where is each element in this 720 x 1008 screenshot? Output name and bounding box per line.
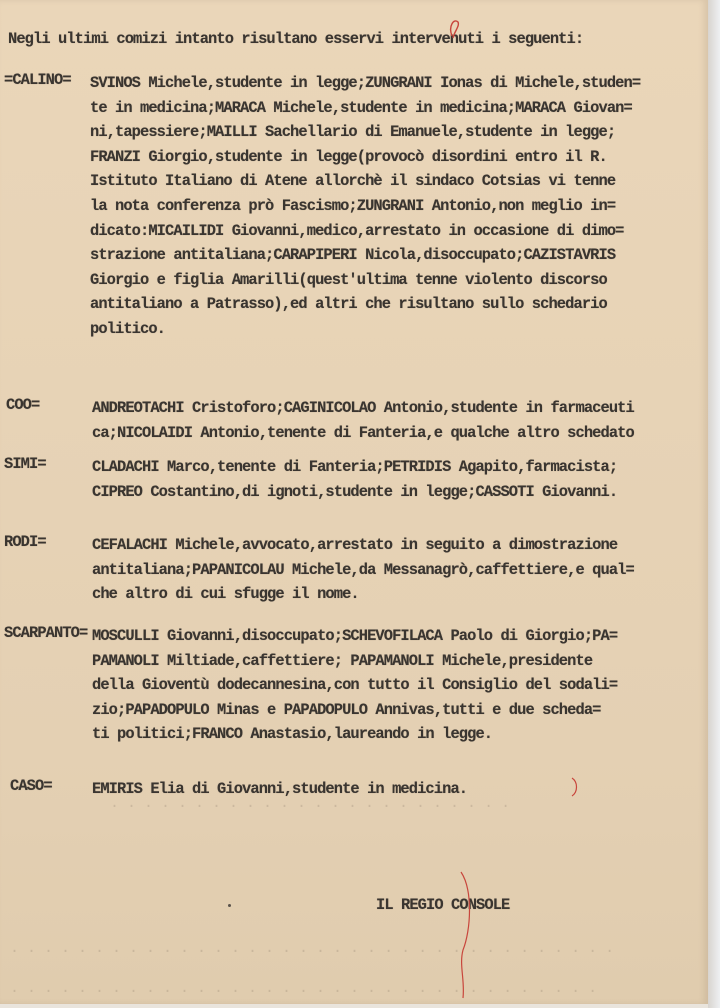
place-label: RODI=	[4, 533, 46, 551]
place-label: CASO=	[10, 777, 52, 795]
entry-coo: COO= ANDREOTACHI Cristoforo;CAGINICOLAO …	[4, 396, 704, 445]
entry-calino: =CALINO= SVINOS Michele,studente in legg…	[4, 71, 704, 342]
entry-text: SVINOS Michele,studente in legge;ZUNGRAN…	[90, 71, 704, 342]
entry-text: MOSCULLI Giovanni,disoccupato;SCHEVOFILA…	[92, 624, 704, 747]
intro-line: Negli ultimi comizi intanto risultano es…	[8, 30, 583, 48]
ink-dot	[228, 904, 231, 907]
bleed-through-text: . . . . . . . . . . . . . . . . . . . . …	[10, 940, 614, 957]
signature: IL REGIO CONSOLE	[376, 896, 509, 914]
bleed-through-text: . . . . . . . . . . . . . . . . . . . . …	[110, 795, 510, 812]
place-label: COO=	[6, 396, 39, 414]
entry-text: CLADACHI Marco,tenente di Fanteria;PETRI…	[92, 455, 704, 504]
place-label: SIMI=	[4, 455, 46, 473]
place-label: =CALINO=	[4, 71, 71, 89]
entry-text: CEFALACHI Michele,avvocato,arrestato in …	[92, 533, 704, 607]
entry-simi: SIMI= CLADACHI Marco,tenente di Fanteria…	[4, 455, 704, 504]
scan-edge	[708, 0, 720, 1008]
entry-text: ANDREOTACHI Cristoforo;CAGINICOLAO Anton…	[92, 396, 704, 445]
place-label: SCARPANTO=	[4, 624, 87, 642]
entry-scarpanto: SCARPANTO= MOSCULLI Giovanni,disoccupato…	[4, 624, 704, 747]
bleed-through-text: . . . . . . . . . . . . . . . . . . . . …	[10, 980, 597, 997]
entry-rodi: RODI= CEFALACHI Michele,avvocato,arresta…	[4, 533, 704, 607]
document-page: Negli ultimi comizi intanto risultano es…	[0, 0, 708, 1004]
